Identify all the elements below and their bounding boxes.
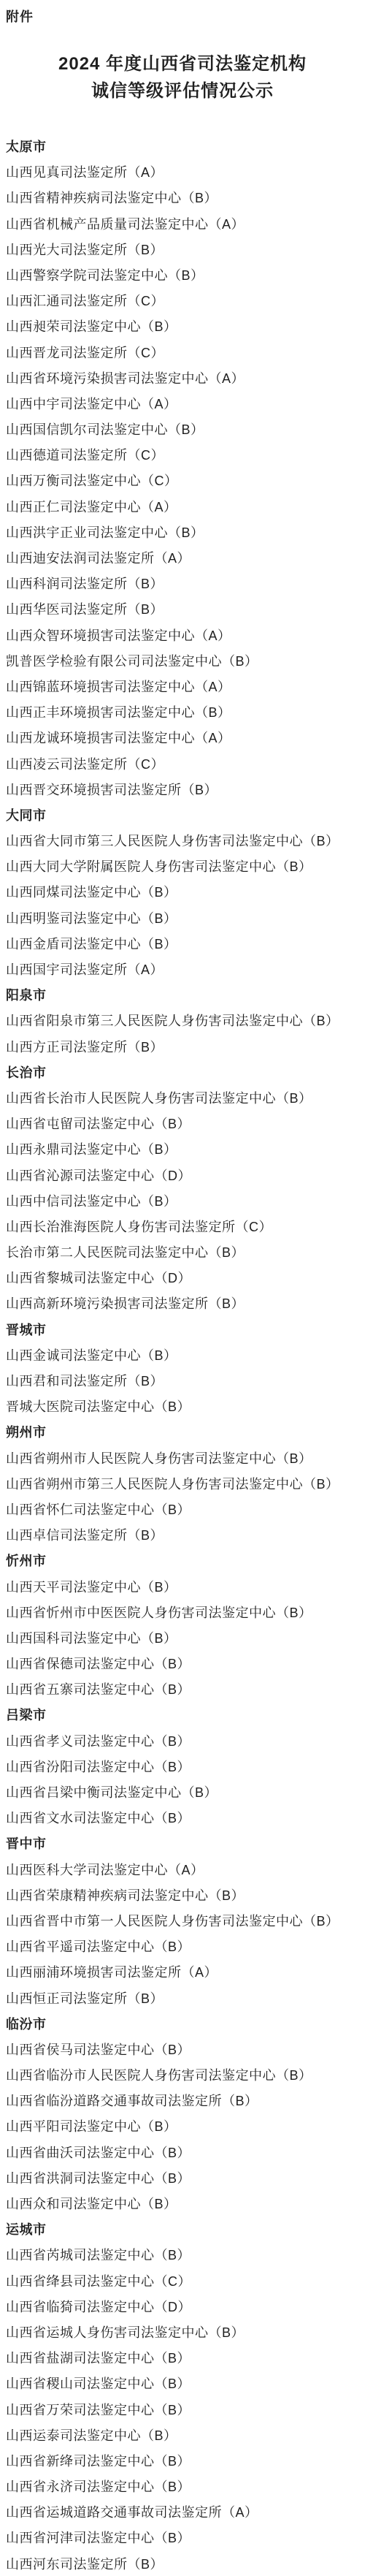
appraisal-item: 山西省文水司法鉴定中心（B）	[6, 1806, 365, 1831]
appraisal-item: 山西众和司法鉴定中心（B）	[6, 2192, 365, 2217]
appraisal-item: 山西高新环境污染损害司法鉴定所（B）	[6, 1291, 365, 1317]
appraisal-item: 山西省五寨司法鉴定中心（B）	[6, 1677, 365, 1703]
appraisal-item: 凯普医学检验有限公司司法鉴定中心（B）	[6, 649, 365, 675]
city-section-header: 长治市	[6, 1060, 365, 1086]
appraisal-item: 山西省机械产品质量司法鉴定中心（A）	[6, 212, 365, 238]
appraisal-item: 山西省平遥司法鉴定中心（B）	[6, 1934, 365, 1960]
appraisal-item: 山西省侯马司法鉴定中心（B）	[6, 2037, 365, 2063]
city-section-header: 阳泉市	[6, 983, 365, 1008]
appraisal-item: 山西永鼎司法鉴定中心（B）	[6, 1137, 365, 1163]
city-section-header: 晋中市	[6, 1831, 365, 1857]
appraisal-item: 山西运泰司法鉴定中心（B）	[6, 2423, 365, 2449]
attachment-label: 附件	[6, 7, 34, 26]
appraisal-item: 山西大同大学附属医院人身伤害司法鉴定中心（B）	[6, 854, 365, 880]
appraisal-item: 山西丽浦环境损害司法鉴定所（A）	[6, 1960, 365, 1986]
appraisal-item: 山西同煤司法鉴定中心（B）	[6, 880, 365, 905]
appraisal-item: 山西洪宇正业司法鉴定中心（B）	[6, 520, 365, 546]
appraisal-item: 山西省永济司法鉴定中心（B）	[6, 2474, 365, 2500]
appraisal-item: 山西金诚司法鉴定中心（B）	[6, 1343, 365, 1369]
appraisal-item: 山西省运城人身伤害司法鉴定中心（B）	[6, 2320, 365, 2346]
appraisal-item: 山西光大司法鉴定所（B）	[6, 238, 365, 263]
appraisal-item: 山西昶荣司法鉴定中心（B）	[6, 314, 365, 340]
appraisal-item: 山西省孝义司法鉴定中心（B）	[6, 1729, 365, 1755]
appraisal-item: 山西明鉴司法鉴定中心（B）	[6, 906, 365, 932]
appraisal-item: 山西正仁司法鉴定中心（A）	[6, 495, 365, 520]
appraisal-item: 山西省荣康精神疾病司法鉴定中心（B）	[6, 1883, 365, 1909]
appraisal-item: 山西省黎城司法鉴定中心（D）	[6, 1266, 365, 1291]
appraisal-item: 山西国科司法鉴定中心（B）	[6, 1626, 365, 1652]
appraisal-item: 山西见真司法鉴定所（A）	[6, 160, 365, 186]
appraisal-item: 山西长治淮海医院人身伤害司法鉴定所（C）	[6, 1215, 365, 1240]
document-page: 附件 2024 年度山西省司法鉴定机构 诚信等级评估情况公示 太原市山西见真司法…	[0, 0, 365, 2576]
appraisal-item: 山西省万荣司法鉴定中心（B）	[6, 2398, 365, 2423]
appraisal-item: 山西省环境污染损害司法鉴定中心（A）	[6, 366, 365, 392]
appraisal-item: 山西警察学院司法鉴定中心（B）	[6, 263, 365, 289]
city-section-header: 大同市	[6, 803, 365, 829]
appraisal-item: 山西君和司法鉴定所（B）	[6, 1369, 365, 1394]
appraisal-item: 山西省阳泉市第三人民医院人身伤害司法鉴定中心（B）	[6, 1008, 365, 1034]
appraisal-item: 山西国信凯尔司法鉴定中心（B）	[6, 417, 365, 443]
appraisal-item: 山西省晋中市第一人民医院人身伤害司法鉴定中心（B）	[6, 1909, 365, 1934]
appraisal-item: 山西省保德司法鉴定中心（B）	[6, 1652, 365, 1677]
city-section-header: 晋城市	[6, 1318, 365, 1343]
appraisal-item: 山西省怀仁司法鉴定中心（B）	[6, 1497, 365, 1523]
document-title: 2024 年度山西省司法鉴定机构 诚信等级评估情况公示	[0, 50, 365, 105]
appraisal-item: 山西省芮城司法鉴定中心（B）	[6, 2243, 365, 2268]
appraisal-item: 山西省精神疾病司法鉴定中心（B）	[6, 186, 365, 211]
appraisal-item: 山西方正司法鉴定所（B）	[6, 1035, 365, 1060]
appraisal-item: 长治市第二人民医院司法鉴定中心（B）	[6, 1240, 365, 1266]
appraisal-item: 山西省新绛司法鉴定中心（B）	[6, 2449, 365, 2474]
appraisal-item: 山西省大同市第三人民医院人身伤害司法鉴定中心（B）	[6, 829, 365, 854]
appraisal-item: 山西国宇司法鉴定所（A）	[6, 957, 365, 983]
appraisal-item: 山西众智环境损害司法鉴定中心（A）	[6, 623, 365, 649]
document-title-line1: 2024 年度山西省司法鉴定机构	[0, 50, 365, 77]
appraisal-item: 山西省吕梁中衡司法鉴定中心（B）	[6, 1780, 365, 1806]
appraisal-institution-list: 太原市山西见真司法鉴定所（A）山西省精神疾病司法鉴定中心（B）山西省机械产品质量…	[6, 134, 365, 2576]
appraisal-item: 山西德道司法鉴定所（C）	[6, 443, 365, 468]
city-section-header: 朔州市	[6, 1420, 365, 1445]
appraisal-item: 山西锦蓝环境损害司法鉴定中心（A）	[6, 675, 365, 700]
appraisal-item: 山西凌云司法鉴定所（C）	[6, 752, 365, 778]
document-title-line2: 诚信等级评估情况公示	[0, 77, 365, 105]
appraisal-item: 山西晋交环境损害司法鉴定所（B）	[6, 778, 365, 803]
appraisal-item: 山西省洪洞司法鉴定中心（B）	[6, 2166, 365, 2192]
appraisal-item: 山西省临猗司法鉴定中心（D）	[6, 2295, 365, 2320]
appraisal-item: 山西金盾司法鉴定中心（B）	[6, 932, 365, 957]
appraisal-item: 山西晋龙司法鉴定所（C）	[6, 341, 365, 366]
appraisal-item: 晋城大医院司法鉴定中心（B）	[6, 1394, 365, 1420]
appraisal-item: 山西中宇司法鉴定中心（A）	[6, 392, 365, 417]
appraisal-item: 山西省临汾市人民医院人身伤害司法鉴定中心（B）	[6, 2063, 365, 2089]
appraisal-item: 山西省朔州市人民医院人身伤害司法鉴定中心（B）	[6, 1446, 365, 1472]
city-section-header: 太原市	[6, 134, 365, 160]
appraisal-item: 山西卓信司法鉴定所（B）	[6, 1523, 365, 1549]
appraisal-item: 山西中信司法鉴定中心（B）	[6, 1189, 365, 1215]
appraisal-item: 山西天平司法鉴定中心（B）	[6, 1575, 365, 1600]
appraisal-item: 山西省朔州市第三人民医院人身伤害司法鉴定中心（B）	[6, 1472, 365, 1497]
appraisal-item: 山西正丰环境损害司法鉴定中心（B）	[6, 700, 365, 726]
appraisal-item: 山西省沁源司法鉴定中心（D）	[6, 1163, 365, 1189]
appraisal-item: 山西省曲沃司法鉴定中心（B）	[6, 2140, 365, 2166]
city-section-header: 忻州市	[6, 1549, 365, 1574]
appraisal-item: 山西省运城道路交通事故司法鉴定所（A）	[6, 2500, 365, 2526]
city-section-header: 吕梁市	[6, 1703, 365, 1728]
appraisal-item: 山西省绛县司法鉴定中心（C）	[6, 2269, 365, 2295]
appraisal-item: 山西省忻州市中医医院人身伤害司法鉴定中心（B）	[6, 1600, 365, 1626]
appraisal-item: 山西华医司法鉴定所（B）	[6, 597, 365, 623]
city-section-header: 临汾市	[6, 2012, 365, 2037]
appraisal-item: 山西省稷山司法鉴定中心（B）	[6, 2371, 365, 2397]
appraisal-item: 山西省长治市人民医院人身伤害司法鉴定中心（B）	[6, 1086, 365, 1112]
appraisal-item: 山西汇通司法鉴定所（C）	[6, 289, 365, 314]
appraisal-item: 山西迪安法润司法鉴定所（A）	[6, 546, 365, 571]
appraisal-item: 山西医科大学司法鉴定中心（A）	[6, 1858, 365, 1883]
appraisal-item: 山西河东司法鉴定所（B）	[6, 2552, 365, 2576]
appraisal-item: 山西龙诚环境损害司法鉴定中心（A）	[6, 726, 365, 751]
appraisal-item: 山西科润司法鉴定所（B）	[6, 571, 365, 597]
appraisal-item: 山西省临汾道路交通事故司法鉴定所（B）	[6, 2089, 365, 2114]
appraisal-item: 山西省盐湖司法鉴定中心（B）	[6, 2346, 365, 2371]
city-section-header: 运城市	[6, 2217, 365, 2243]
appraisal-item: 山西恒正司法鉴定所（B）	[6, 1986, 365, 2012]
appraisal-item: 山西万衡司法鉴定中心（C）	[6, 468, 365, 494]
appraisal-item: 山西省河津司法鉴定中心（B）	[6, 2526, 365, 2551]
appraisal-item: 山西平阳司法鉴定中心（B）	[6, 2114, 365, 2140]
appraisal-item: 山西省汾阳司法鉴定中心（B）	[6, 1755, 365, 1780]
appraisal-item: 山西省屯留司法鉴定中心（B）	[6, 1112, 365, 1137]
